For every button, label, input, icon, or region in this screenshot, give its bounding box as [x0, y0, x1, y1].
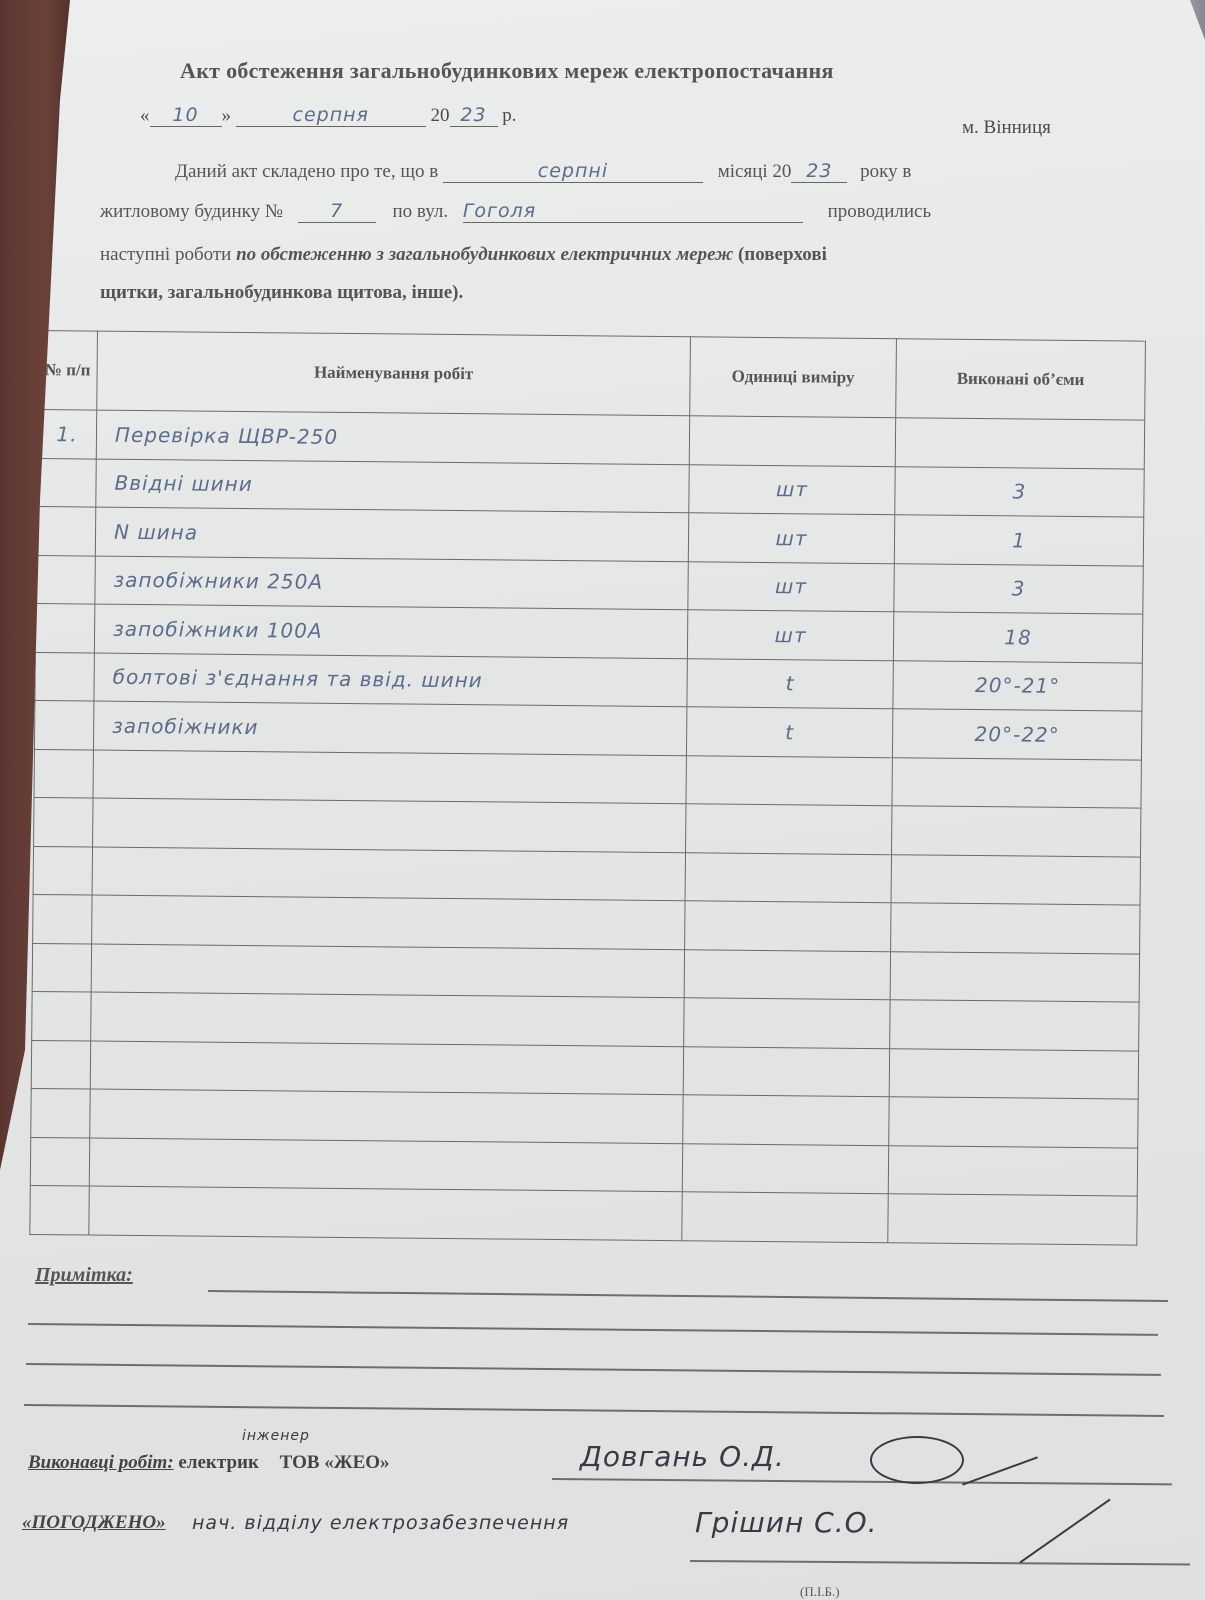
completed-volume-cell[interactable]: 18 — [893, 612, 1142, 663]
completed-volume-cell[interactable] — [890, 951, 1139, 1002]
year-field[interactable]: 23 — [791, 160, 847, 183]
intro-line-4: щитки, загальнобудинкова щитова, інше). — [100, 282, 1120, 304]
completed-volume-cell[interactable]: 3 — [895, 466, 1144, 517]
date-close-quote: » — [222, 105, 232, 126]
header-unit: Одиниці виміру — [690, 337, 897, 418]
executors-label: Виконавці робіт: — [28, 1452, 174, 1473]
work-name-cell[interactable]: запобіжники — [93, 701, 686, 755]
intro-text: місяці 20 — [718, 161, 792, 182]
work-name-cell[interactable] — [91, 944, 684, 998]
row-number-cell[interactable] — [35, 603, 94, 652]
unit-of-measure-cell[interactable] — [683, 1095, 889, 1145]
unit-of-measure-cell[interactable] — [685, 852, 891, 902]
completed-volume-cell[interactable] — [891, 854, 1140, 905]
completed-volume-cell[interactable] — [895, 418, 1144, 469]
row-number-cell[interactable] — [32, 991, 91, 1040]
completed-volume-cell[interactable] — [889, 1097, 1138, 1148]
note-line[interactable] — [208, 1290, 1168, 1302]
unit-of-measure-cell[interactable]: t — [686, 707, 892, 757]
work-name-cell[interactable] — [89, 1138, 682, 1192]
unit-of-measure-cell[interactable]: шт — [689, 464, 895, 514]
unit-of-measure-cell[interactable] — [682, 1192, 888, 1242]
unit-of-measure-cell[interactable] — [684, 949, 890, 999]
approver-signature-line[interactable] — [690, 1560, 1190, 1565]
work-name-cell[interactable]: Ввідні шини — [96, 459, 689, 513]
unit-of-measure-cell[interactable] — [686, 804, 892, 854]
date-year-unit: р. — [502, 105, 516, 126]
work-name-cell[interactable] — [90, 1089, 683, 1143]
row-number-cell[interactable] — [36, 506, 95, 555]
unit-of-measure-cell[interactable] — [685, 901, 891, 951]
unit-of-measure-cell[interactable] — [683, 1046, 889, 1096]
work-name-cell[interactable]: запобіжники 100А — [94, 604, 687, 658]
work-name-cell[interactable] — [92, 895, 685, 949]
intro-text: по вул. — [392, 201, 448, 222]
work-name-cell[interactable] — [90, 1041, 683, 1095]
unit-of-measure-cell[interactable] — [689, 416, 895, 466]
intro-text: року в — [860, 161, 911, 182]
work-name-cell[interactable] — [91, 992, 684, 1046]
completed-volume-cell[interactable]: 1 — [894, 515, 1143, 566]
executor-name[interactable]: Довгань О.Д. — [580, 1440, 785, 1473]
work-name-cell[interactable] — [93, 798, 686, 852]
unit-of-measure-cell[interactable]: шт — [688, 513, 894, 563]
executor-signature-line[interactable] — [552, 1478, 1172, 1485]
table-header-row: № п/п Найменування робіт Одиниці виміру … — [38, 331, 1146, 421]
work-name-cell[interactable]: Перевірка ЩВР-250 — [96, 410, 689, 464]
completed-volume-cell[interactable]: 3 — [894, 563, 1143, 614]
works-table: № п/п Найменування робіт Одиниці виміру … — [29, 330, 1143, 1233]
unit-of-measure-cell[interactable]: t — [687, 658, 893, 708]
note-line[interactable] — [28, 1323, 1158, 1335]
intro-line-3: наступні роботи по обстеженню з загально… — [100, 244, 1120, 266]
work-name-cell[interactable]: болтові з'єднання та ввід. шини — [94, 653, 687, 707]
completed-volume-cell[interactable] — [892, 757, 1141, 808]
header-name: Найменування робіт — [97, 331, 691, 416]
intro-text: (поверхові — [738, 244, 827, 265]
work-name-cell[interactable] — [89, 1186, 682, 1240]
completed-volume-cell[interactable]: 20°-22° — [892, 709, 1141, 760]
note-label: Примітка: — [35, 1264, 133, 1287]
row-number-cell[interactable] — [32, 943, 91, 992]
unit-of-measure-cell[interactable] — [686, 755, 892, 805]
unit-of-measure-cell[interactable]: шт — [687, 610, 893, 660]
completed-volume-cell[interactable] — [889, 1048, 1138, 1099]
row-number-cell[interactable] — [37, 458, 96, 507]
house-number-field[interactable]: 7 — [298, 200, 376, 223]
intro-line-1: Даний акт складено про те, що в серпні м… — [175, 160, 1115, 183]
unit-of-measure-cell[interactable] — [682, 1143, 888, 1193]
date-year-prefix: 20 — [431, 105, 450, 126]
row-number-cell[interactable] — [31, 1088, 90, 1137]
work-name-cell[interactable] — [92, 847, 685, 901]
completed-volume-cell[interactable] — [892, 806, 1141, 857]
street-field[interactable]: Гоголя — [463, 200, 803, 223]
date-open-quote: « — [140, 105, 150, 126]
intro-text: наступні роботи — [100, 244, 231, 265]
work-name-cell[interactable] — [93, 750, 686, 804]
work-name-cell[interactable]: N шина — [95, 507, 688, 561]
header-volume: Виконані об’єми — [896, 339, 1146, 420]
date-year-field[interactable]: 23 — [450, 104, 498, 127]
month-field[interactable]: серпні — [443, 160, 703, 183]
row-number-cell[interactable] — [31, 1040, 90, 1089]
date-day-field[interactable]: 10 — [150, 104, 222, 127]
row-number-cell[interactable] — [33, 894, 92, 943]
signature-scribble — [1019, 1499, 1110, 1564]
completed-volume-cell[interactable] — [888, 1145, 1137, 1196]
act-date: «10» серпня 2023 р. — [140, 104, 517, 127]
unit-of-measure-cell[interactable] — [684, 998, 890, 1048]
paper-sheet: Акт обстеження загальнобудинкових мереж … — [0, 0, 1205, 1600]
executor-company: ТОВ «ЖЕО» — [280, 1452, 390, 1473]
row-number-cell[interactable] — [35, 652, 94, 701]
document-title: Акт обстеження загальнобудинкових мереж … — [180, 58, 834, 84]
intro-text: проводились — [828, 201, 932, 222]
executor-role-handwritten: інженер — [242, 1428, 310, 1444]
executor-role: електрик — [178, 1452, 259, 1473]
completed-volume-cell[interactable]: 20°-21° — [893, 660, 1142, 711]
approved-label: «ПОГОДЖЕНО» — [22, 1512, 166, 1533]
intro-text: Даний акт складено про те, що в — [175, 161, 438, 182]
signature-mark — [870, 1436, 964, 1484]
intro-text: житловому будинку № — [100, 201, 283, 222]
row-number-cell[interactable] — [30, 1185, 89, 1234]
row-number-cell[interactable] — [34, 700, 93, 749]
completed-volume-cell[interactable] — [890, 1000, 1139, 1051]
approver-name[interactable]: Грішин С.О. — [695, 1506, 878, 1539]
row-number-cell[interactable] — [34, 749, 93, 798]
table-row — [30, 1185, 1137, 1244]
intro-line-2: житловому будинку № 7 по вул. Гоголя про… — [100, 200, 1120, 223]
completed-volume-cell[interactable] — [891, 903, 1140, 954]
note-line[interactable] — [24, 1404, 1164, 1417]
approver-role-handwritten: нач. відділу електрозабезпечення — [192, 1512, 569, 1534]
completed-volume-cell[interactable] — [888, 1194, 1137, 1245]
work-name-cell[interactable]: запобіжники 250А — [95, 556, 688, 610]
row-number-cell[interactable] — [30, 1137, 89, 1186]
pib-caption: (П.І.Б.) — [800, 1584, 840, 1600]
date-month-field[interactable]: серпня — [236, 104, 426, 127]
unit-of-measure-cell[interactable]: шт — [688, 561, 894, 611]
approved-line: «ПОГОДЖЕНО» — [22, 1512, 166, 1534]
row-number-cell[interactable] — [34, 797, 93, 846]
note-line[interactable] — [26, 1363, 1161, 1375]
row-number-cell[interactable] — [36, 555, 95, 604]
row-number-cell[interactable]: 1. — [37, 410, 96, 459]
city: м. Вінниця — [962, 117, 1051, 139]
intro-emphasis: по обстеженню з загальнобудинкових елект… — [236, 244, 733, 265]
executors-line: Виконавці робіт: електрик ТОВ «ЖЕО» — [28, 1452, 390, 1474]
row-number-cell[interactable] — [33, 846, 92, 895]
